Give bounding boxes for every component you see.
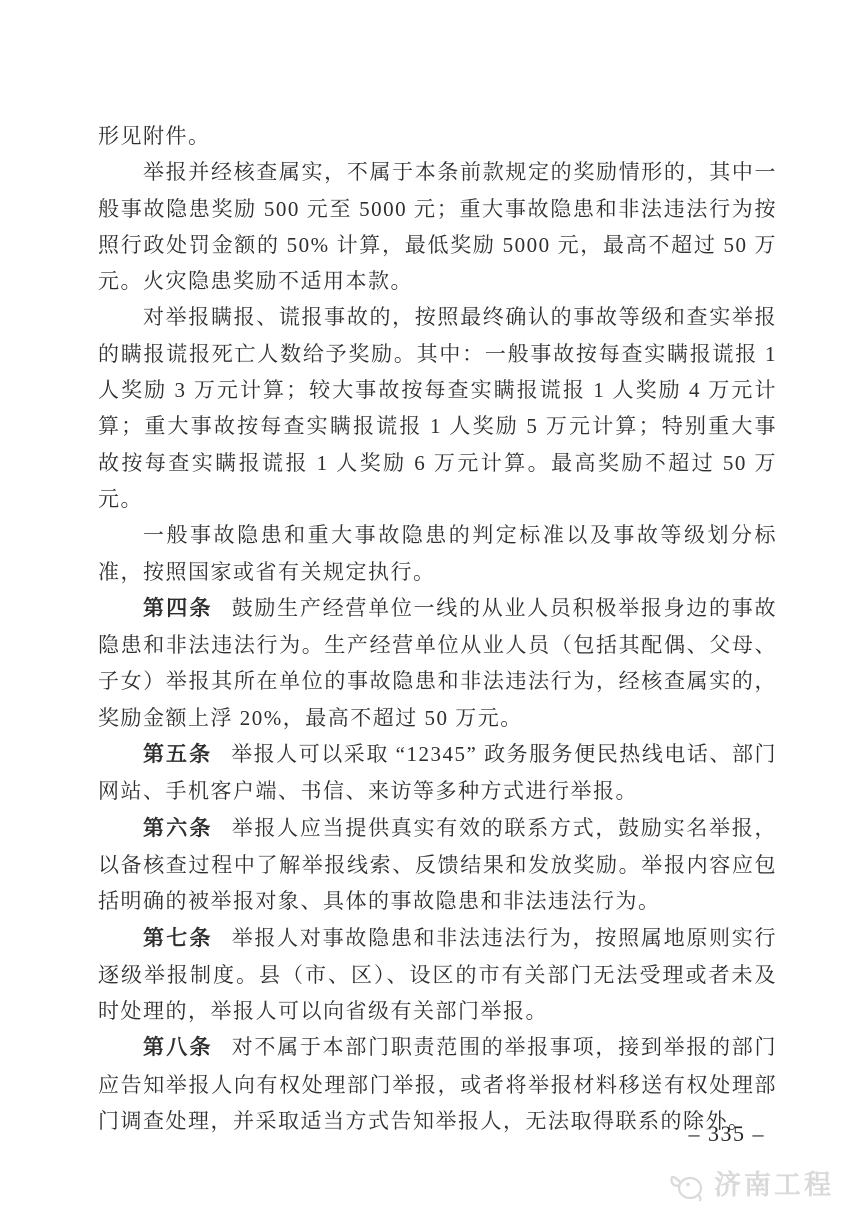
paragraph: 对举报瞒报、谎报事故的，按照最终确认的事故等级和查实举报的瞒报谎报死亡人数给予奖…: [98, 299, 777, 517]
article-number: 第八条: [143, 1036, 213, 1059]
paragraph-text: 形见附件。: [98, 124, 211, 148]
paragraph-text: 一般事故隐患和重大事故隐患的判定标准以及事故等级划分标准，按照国家或省有关规定执…: [98, 523, 777, 583]
page-number: – 335 –: [689, 1121, 766, 1147]
article-number: 第六条: [143, 817, 213, 840]
watermark-label: 济南工程: [714, 1168, 834, 1202]
bird-logo-icon: [667, 1168, 707, 1202]
document-page: 形见附件。举报并经核查属实，不属于本条前款规定的奖励情形的，其中一般事故隐患奖励…: [0, 0, 856, 1225]
paragraph: 第四条鼓励生产经营单位一线的从业人员积极举报身边的事故隐患和非法违法行为。生产经…: [98, 590, 777, 736]
article-number: 第七条: [143, 927, 213, 950]
article-number: 第四条: [143, 597, 213, 620]
paragraph: 第五条举报人可以采取 “12345” 政务服务便民热线电话、部门网站、手机客户端…: [98, 736, 777, 810]
article-number: 第五条: [143, 743, 212, 766]
paragraph: 一般事故隐患和重大事故隐患的判定标准以及事故等级划分标准，按照国家或省有关规定执…: [98, 517, 777, 590]
paragraph: 形见附件。: [98, 118, 777, 154]
paragraph: 第六条举报人应当提供真实有效的联系方式，鼓励实名举报，以备核查过程中了解举报线索…: [98, 810, 777, 920]
paragraph: 第七条举报人对事故隐患和非法违法行为，按照属地原则实行逐级举报制度。县（市、区）…: [98, 920, 777, 1030]
watermark: 济南工程: [667, 1168, 834, 1202]
paragraph: 举报并经核查属实，不属于本条前款规定的奖励情形的，其中一般事故隐患奖励 500 …: [98, 154, 777, 299]
paragraph-text: 对举报瞒报、谎报事故的，按照最终确认的事故等级和查实举报的瞒报谎报死亡人数给予奖…: [98, 305, 777, 510]
document-body: 形见附件。举报并经核查属实，不属于本条前款规定的奖励情形的，其中一般事故隐患奖励…: [98, 118, 777, 1139]
paragraph-text: 举报并经核查属实，不属于本条前款规定的奖励情形的，其中一般事故隐患奖励 500 …: [98, 160, 777, 293]
paragraph: 第八条对不属于本部门职责范围的举报事项，接到举报的部门应告知举报人向有权处理部门…: [98, 1029, 777, 1139]
